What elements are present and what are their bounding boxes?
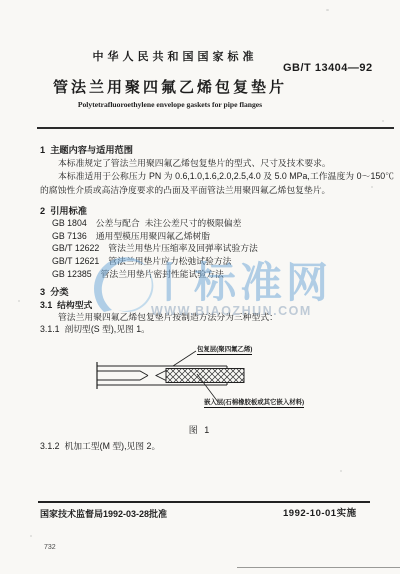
approval-authority-date: 国家技术监督局1992-03-28批准: [40, 507, 167, 520]
document-title-chinese: 管法兰用聚四氟乙烯包复垫片: [45, 76, 295, 97]
reference-item: GB 1804公差与配合 未注公差尺寸的极限偏差: [52, 217, 258, 230]
figure-label-insert-layer: 嵌入层(石棉橡胶板或其它嵌入材料): [204, 397, 304, 408]
reference-title: 管法兰用垫片应力松弛试验方法: [108, 256, 231, 266]
reference-code: GB/T 12621: [52, 256, 99, 266]
page-number: 732: [44, 544, 56, 551]
scan-speck: [340, 470, 342, 472]
referenced-standards-list: GB 1804公差与配合 未注公差尺寸的极限偏差 GB 7136通用型模压用聚四…: [52, 217, 258, 281]
leader-line-top: [173, 351, 196, 366]
reference-code: GB 12385: [52, 269, 92, 279]
scan-speck: [382, 120, 384, 122]
section-3-1-2-text: 3.1.2 机加工型(M 型),见图 2。: [40, 439, 160, 452]
header-rule: [37, 127, 394, 129]
implementation-date: 1992-10-01实施: [283, 505, 357, 519]
reference-code: GB 7136: [52, 231, 87, 241]
document-title-english: Polytetrafluoroethylene envelope gaskets…: [40, 100, 300, 109]
reference-title: 通用型模压用聚四氟乙烯树脂: [96, 231, 210, 241]
scan-speck: [18, 300, 20, 302]
standard-number: GB/T 13404—92: [283, 62, 373, 74]
reference-code: GB/T 12622: [52, 243, 99, 253]
section-1-paragraph-2: 本标准适用于公称压力 PN 为 0.6,1.0,1.6,2.0,2.5,4.0 …: [40, 170, 394, 197]
section-2-heading: 2 引用标准: [40, 203, 87, 217]
reference-item: GB 12385管法兰用垫片密封性能试验方法: [52, 268, 258, 281]
scan-speck: [30, 535, 32, 537]
national-standard-heading: 中华人民共和国国家标准: [55, 48, 295, 64]
reference-title: 管法兰用垫片密封性能试验方法: [101, 269, 224, 279]
reference-title: 公差与配合 未注公差尺寸的极限偏差: [96, 218, 242, 228]
section-3-1-1-text: 3.1.1 剖切型(S 型),见图 1。: [40, 322, 150, 335]
gasket-cross-section-figure: [92, 344, 342, 424]
reference-item: GB 7136通用型模压用聚四氟乙烯树脂: [52, 230, 258, 243]
standard-document-page: 中华人民共和国国家标准 GB/T 13404—92 管法兰用聚四氟乙烯包复垫片 …: [0, 0, 400, 574]
figure-1-caption: 图 1: [0, 423, 400, 436]
scan-speck: [371, 186, 373, 188]
reference-code: GB 1804: [52, 218, 87, 228]
reference-title: 管法兰用垫片压缩率及回弹率试验方法: [108, 243, 258, 253]
section-1-paragraph-1: 本标准规定了管法兰用聚四氟乙烯包复垫片的型式、尺寸及技术要求。: [40, 157, 394, 171]
reference-item: GB/T 12622管法兰用垫片压缩率及回弹率试验方法: [52, 242, 258, 255]
section-1-heading: 1 主题内容与适用范围: [40, 142, 133, 156]
bottom-corner-rule: [237, 567, 400, 568]
footer-rule: [38, 501, 370, 503]
section-3-heading: 3 分类: [40, 284, 69, 298]
scan-speck: [326, 9, 329, 11]
figure-label-envelope-layer: 包复层(聚四氟乙烯): [197, 344, 252, 355]
reference-item: GB/T 12621管法兰用垫片应力松弛试验方法: [52, 255, 258, 268]
